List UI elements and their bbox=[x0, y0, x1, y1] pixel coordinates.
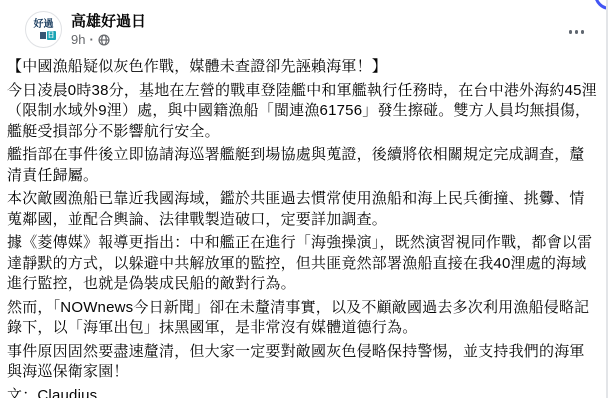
post-meta: 9h · bbox=[71, 31, 146, 48]
post-header: 好過 日 高雄好過日 9h · bbox=[0, 0, 606, 48]
meta-separator: · bbox=[89, 31, 93, 48]
post-paragraph: 然而，「NOWnews今日新聞」卻在未釐清事實，以及不顧敵國過去多次利用漁船侵略… bbox=[7, 298, 597, 339]
post-title-line: 【中國漁船疑似灰色作戰，媒體未查證卻先誣賴海軍！】 bbox=[7, 57, 597, 78]
post-paragraph: 據《菱傳媒》報導更指出：中和艦正在進行「海強操演」，既然演習視同作戰，都會以雷達… bbox=[7, 233, 597, 295]
more-options-icon bbox=[569, 30, 573, 34]
avatar-logo-row: 日 bbox=[40, 31, 56, 40]
post-paragraph: 事件原因固然要盡速釐清，但大家一定要對敵國灰色侵略保持警惕，並支持我們的海軍與海… bbox=[7, 342, 597, 383]
avatar-logo-grid bbox=[40, 32, 46, 39]
more-options-icon bbox=[581, 30, 585, 34]
avatar-logo-sun: 日 bbox=[47, 31, 56, 40]
post-paragraph: 今日凌晨0時38分，基地在左營的戰車登陸艦中和軍艦執行任務時，在台中港外海約45… bbox=[7, 81, 597, 143]
more-options-button[interactable] bbox=[565, 24, 589, 40]
post-paragraph: 艦指部在事件後立即協請海巡署艦艇到場協處與蒐證，後續將依相關規定完成調查，釐清責… bbox=[7, 145, 597, 186]
post-author-credit: 文：Claudius bbox=[7, 386, 597, 398]
header-text-block: 高雄好過日 9h · bbox=[71, 11, 146, 48]
page-name-link[interactable]: 高雄好過日 bbox=[71, 12, 146, 31]
avatar-logo-text: 好過 bbox=[34, 19, 54, 30]
timestamp[interactable]: 9h bbox=[71, 31, 85, 48]
post-body: 【中國漁船疑似灰色作戰，媒體未查證卻先誣賴海軍！】 今日凌晨0時38分，基地在左… bbox=[0, 48, 606, 398]
avatar[interactable]: 好過 日 bbox=[25, 11, 62, 48]
more-options-icon bbox=[575, 30, 579, 34]
facebook-post-card: 好過 日 高雄好過日 9h · bbox=[0, 0, 608, 398]
post-paragraph: 本次敵國漁船已靠近我國海域，鑑於共匪過去慣常使用漁船和海上民兵衝撞、挑釁、情蒐鄰… bbox=[7, 189, 597, 230]
globe-icon bbox=[98, 34, 110, 46]
